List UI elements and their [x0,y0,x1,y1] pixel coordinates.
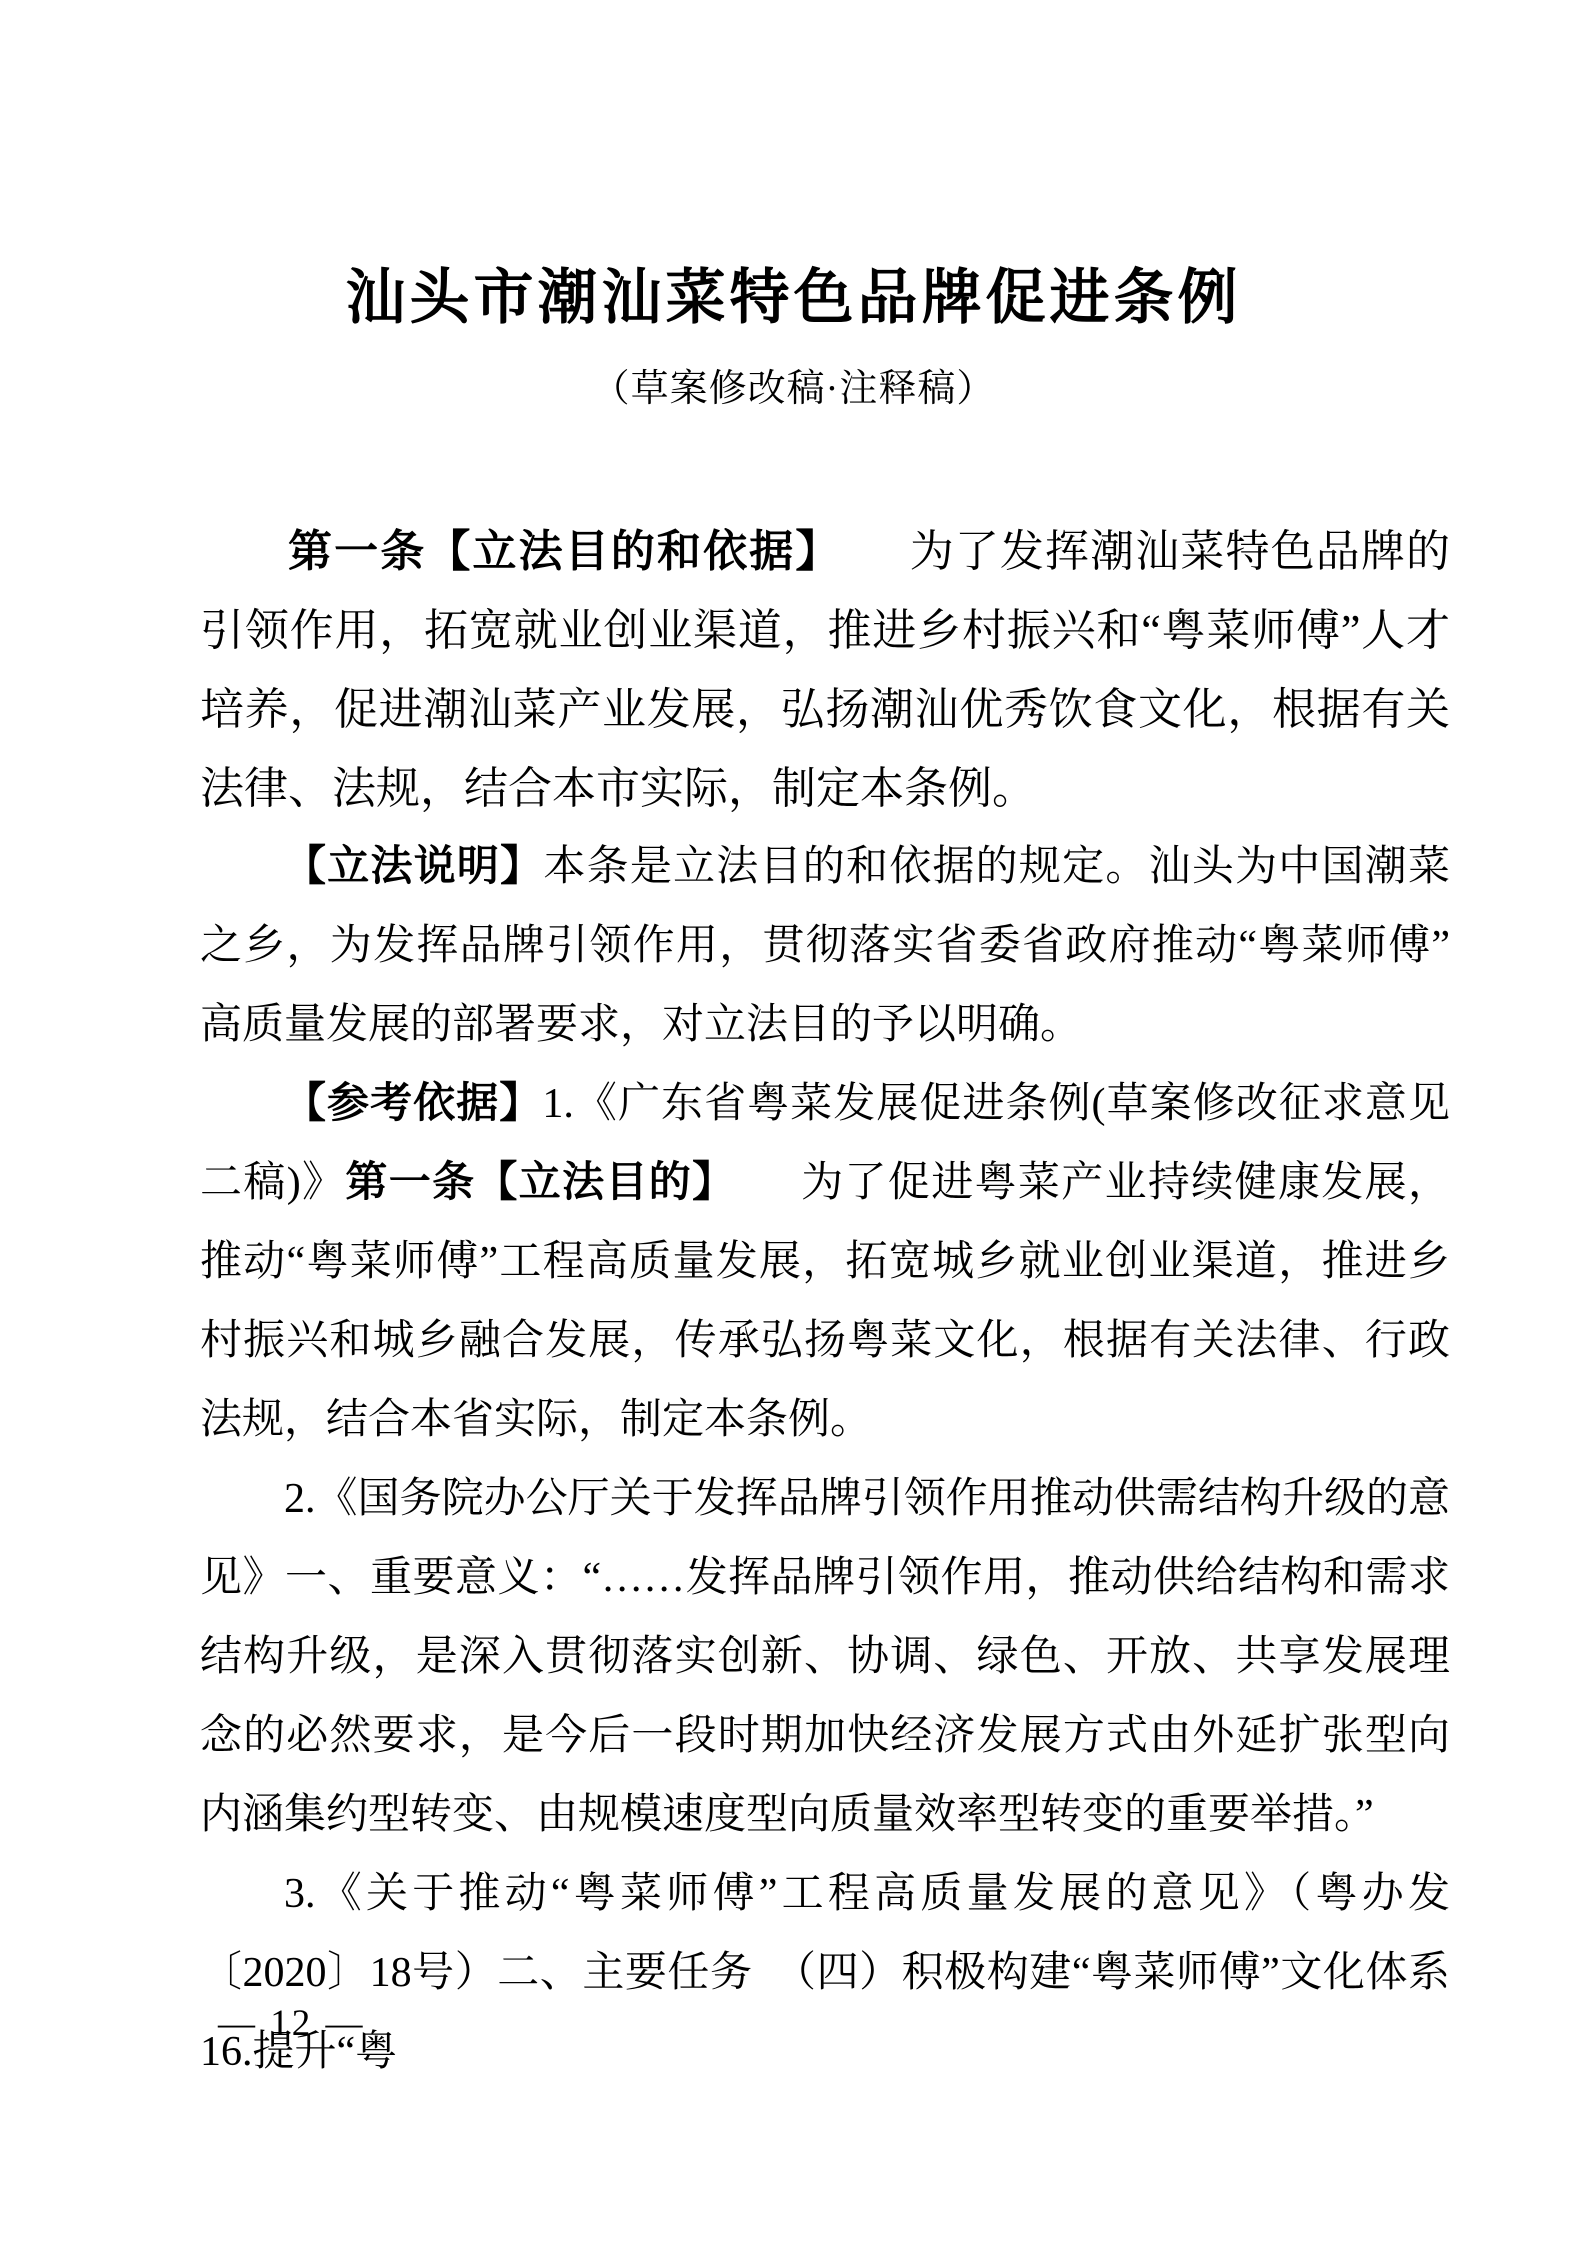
text-segment-note: 3.《关于推动“粤菜师傅”工程高质量发展的意见》（粤办发〔2020〕18号）二、… [200,1871,1492,2075]
page-number: — 12 — [218,2002,366,2045]
text-segment-note-bold: 【立法说明】 [284,844,543,890]
text-segment-term-bold: 第一条【立法目的和依据】 [288,527,819,576]
text-segment-note-bold: 第一条【立法目的】 [345,1160,714,1206]
document-body: 第一条【立法目的和依据】 为了发挥潮汕菜特色品牌的引领作用，拓宽就业创业渠道，推… [200,512,1450,2092]
paragraph: 第一条【立法目的和依据】 为了发挥潮汕菜特色品牌的引领作用，拓宽就业创业渠道，推… [200,512,1450,828]
paragraph: 2.《国务院办公厅关于发挥品牌引领作用推动供需结构升级的意见》一、重要意义：“…… [200,1460,1450,1855]
document-title: 汕头市潮汕菜特色品牌促进条例 [0,262,1587,334]
paragraph: 【立法说明】本条是立法目的和依据的规定。汕头为中国潮菜之乡，为发挥品牌引领作用，… [200,828,1450,1065]
document-page: 汕头市潮汕菜特色品牌促进条例 （草案修改稿·注释稿） 第一条【立法目的和依据】 … [0,0,1587,2245]
paragraph: 【参考依据】1.《广东省粤菜发展促进条例(草案修改征求意见二稿)》第一条【立法目… [200,1065,1450,1460]
text-segment-note-bold: 【参考依据】 [284,1081,542,1127]
text-segment-note: 2.《国务院办公厅关于发挥品牌引领作用推动供需结构升级的意见》一、重要意义：“…… [200,1476,1450,1838]
paragraph: 3.《关于推动“粤菜师傅”工程高质量发展的意见》（粤办发〔2020〕18号）二、… [200,1855,1450,2092]
document-subtitle: （草案修改稿·注释稿） [0,366,1587,412]
